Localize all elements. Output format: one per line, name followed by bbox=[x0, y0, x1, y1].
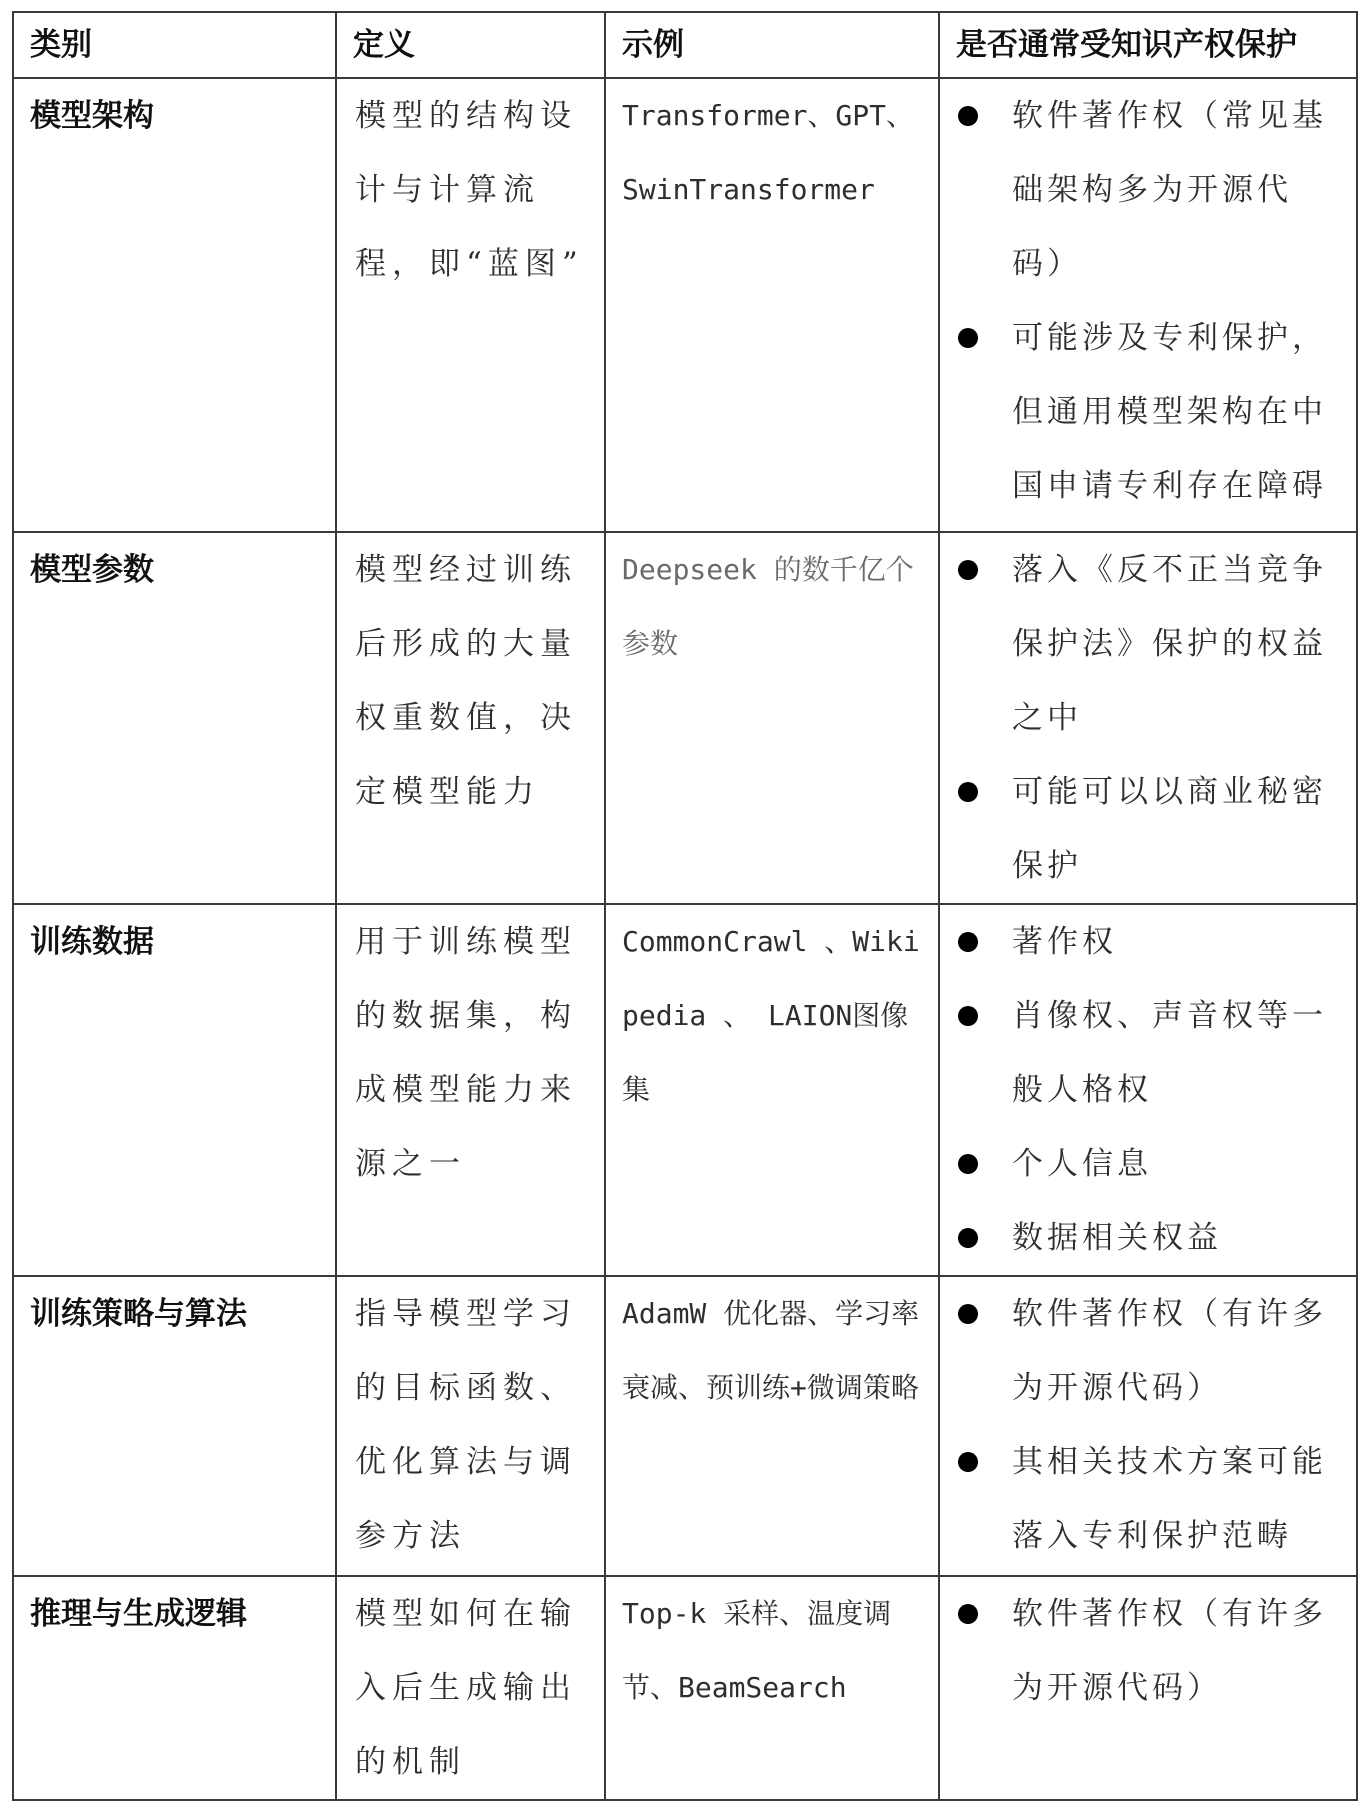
bullet-icon bbox=[958, 1452, 978, 1472]
cell-category: 训练数据 bbox=[13, 904, 336, 1276]
bullet-text: 可能涉及专利保护，但通用模型架构在中国申请专利存在障碍 bbox=[1012, 320, 1327, 504]
bullet-icon bbox=[958, 560, 978, 580]
table-row: 模型参数 模型经过训练后形成的大量权重数值，决定模型能力 Deepseek 的数… bbox=[13, 532, 1357, 904]
bullet-text: 软件著作权（常见基础架构多为开源代码） bbox=[1012, 98, 1327, 282]
bullet-item: 软件著作权（有许多为开源代码） bbox=[952, 1277, 1342, 1425]
bullet-text: 软件著作权（有许多为开源代码） bbox=[1012, 1596, 1327, 1706]
bullet-icon bbox=[958, 1228, 978, 1248]
bullet-icon bbox=[958, 1604, 978, 1624]
bullet-text: 其相关技术方案可能落入专利保护范畴 bbox=[1012, 1444, 1327, 1554]
bullet-list: 软件著作权（有许多为开源代码） 其相关技术方案可能落入专利保护范畴 bbox=[952, 1277, 1342, 1573]
cell-ip-protection: 软件著作权（有许多为开源代码） 其相关技术方案可能落入专利保护范畴 bbox=[939, 1276, 1357, 1576]
bullet-icon bbox=[958, 1154, 978, 1174]
bullet-icon bbox=[958, 1006, 978, 1026]
cell-examples: Deepseek 的数千亿个参数 bbox=[605, 532, 939, 904]
cell-category: 训练策略与算法 bbox=[13, 1276, 336, 1576]
bullet-text: 软件著作权（有许多为开源代码） bbox=[1012, 1296, 1327, 1406]
bullet-item: 落入《反不正当竞争保护法》保护的权益之中 bbox=[952, 533, 1342, 755]
cell-definition: 模型的结构设计与计算流程，即“蓝图” bbox=[336, 78, 605, 532]
table-row: 训练策略与算法 指导模型学习的目标函数、优化算法与调参方法 AdamW 优化器、… bbox=[13, 1276, 1357, 1576]
header-definition: 定义 bbox=[336, 12, 605, 78]
bullet-item: 著作权 bbox=[952, 905, 1342, 979]
cell-definition: 指导模型学习的目标函数、优化算法与调参方法 bbox=[336, 1276, 605, 1576]
bullet-list: 落入《反不正当竞争保护法》保护的权益之中 可能可以以商业秘密保护 bbox=[952, 533, 1342, 903]
bullet-icon bbox=[958, 1304, 978, 1324]
cell-examples: AdamW 优化器、学习率衰减、预训练+微调策略 bbox=[605, 1276, 939, 1576]
cell-definition: 用于训练模型的数据集，构成模型能力来源之一 bbox=[336, 904, 605, 1276]
header-category: 类别 bbox=[13, 12, 336, 78]
bullet-list: 软件著作权（常见基础架构多为开源代码） 可能涉及专利保护，但通用模型架构在中国申… bbox=[952, 79, 1342, 523]
bullet-icon bbox=[958, 328, 978, 348]
cell-ip-protection: 软件著作权（有许多为开源代码） bbox=[939, 1576, 1357, 1800]
bullet-text: 落入《反不正当竞争保护法》保护的权益之中 bbox=[1012, 552, 1327, 736]
cell-definition: 模型经过训练后形成的大量权重数值，决定模型能力 bbox=[336, 532, 605, 904]
cell-definition: 模型如何在输入后生成输出的机制 bbox=[336, 1576, 605, 1800]
cell-ip-protection: 落入《反不正当竞争保护法》保护的权益之中 可能可以以商业秘密保护 bbox=[939, 532, 1357, 904]
bullet-text: 数据相关权益 bbox=[1012, 1220, 1222, 1256]
bullet-item: 数据相关权益 bbox=[952, 1201, 1342, 1275]
bullet-item: 个人信息 bbox=[952, 1127, 1342, 1201]
bullet-text: 可能可以以商业秘密保护 bbox=[1012, 774, 1327, 884]
bullet-text: 著作权 bbox=[1012, 924, 1117, 960]
cell-ip-protection: 著作权 肖像权、声音权等一般人格权 个人信息 数据相关权益 bbox=[939, 904, 1357, 1276]
bullet-icon bbox=[958, 782, 978, 802]
table-row: 训练数据 用于训练模型的数据集，构成模型能力来源之一 CommonCrawl 、… bbox=[13, 904, 1357, 1276]
bullet-item: 其相关技术方案可能落入专利保护范畴 bbox=[952, 1425, 1342, 1573]
cell-category: 模型架构 bbox=[13, 78, 336, 532]
bullet-item: 可能涉及专利保护，但通用模型架构在中国申请专利存在障碍 bbox=[952, 301, 1342, 523]
ip-protection-table: 类别 定义 示例 是否通常受知识产权保护 模型架构 模型的结构设计与计算流程，即… bbox=[12, 11, 1358, 1801]
bullet-text: 肖像权、声音权等一般人格权 bbox=[1012, 998, 1327, 1108]
bullet-item: 肖像权、声音权等一般人格权 bbox=[952, 979, 1342, 1127]
bullet-icon bbox=[958, 106, 978, 126]
cell-category: 推理与生成逻辑 bbox=[13, 1576, 336, 1800]
cell-category: 模型参数 bbox=[13, 532, 336, 904]
bullet-icon bbox=[958, 932, 978, 952]
table-row: 模型架构 模型的结构设计与计算流程，即“蓝图” Transformer、GPT、… bbox=[13, 78, 1357, 532]
bullet-list: 著作权 肖像权、声音权等一般人格权 个人信息 数据相关权益 bbox=[952, 905, 1342, 1275]
table-row: 推理与生成逻辑 模型如何在输入后生成输出的机制 Top-k 采样、温度调节、Be… bbox=[13, 1576, 1357, 1800]
cell-ip-protection: 软件著作权（常见基础架构多为开源代码） 可能涉及专利保护，但通用模型架构在中国申… bbox=[939, 78, 1357, 532]
cell-examples: Top-k 采样、温度调节、BeamSearch bbox=[605, 1576, 939, 1800]
cell-examples: Transformer、GPT、SwinTransformer bbox=[605, 78, 939, 532]
bullet-text: 个人信息 bbox=[1012, 1146, 1152, 1182]
cell-examples: CommonCrawl 、Wikipedia 、 LAION图像集 bbox=[605, 904, 939, 1276]
header-ip-protection: 是否通常受知识产权保护 bbox=[939, 12, 1357, 78]
header-examples: 示例 bbox=[605, 12, 939, 78]
bullet-item: 软件著作权（有许多为开源代码） bbox=[952, 1577, 1342, 1725]
bullet-item: 可能可以以商业秘密保护 bbox=[952, 755, 1342, 903]
bullet-item: 软件著作权（常见基础架构多为开源代码） bbox=[952, 79, 1342, 301]
bullet-list: 软件著作权（有许多为开源代码） bbox=[952, 1577, 1342, 1725]
table-header-row: 类别 定义 示例 是否通常受知识产权保护 bbox=[13, 12, 1357, 78]
